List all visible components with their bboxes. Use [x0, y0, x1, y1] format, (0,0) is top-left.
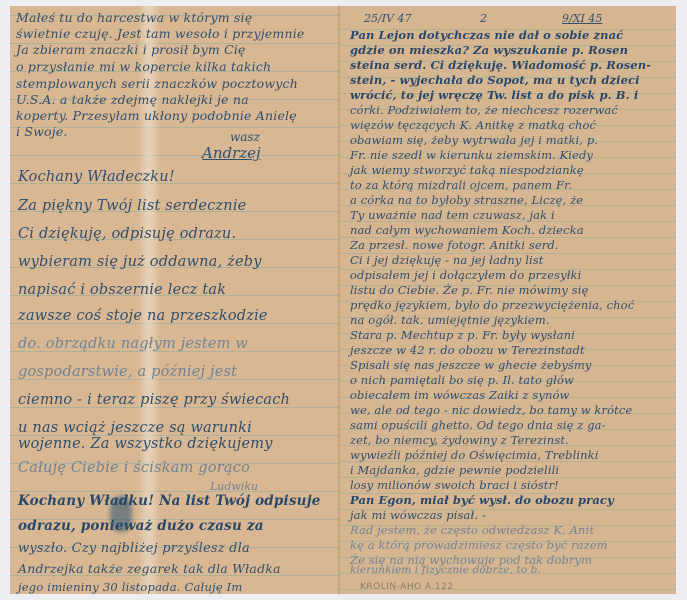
right-line-17: odpisałem jej i dołączyłem do przesyłki	[350, 268, 581, 282]
left-top-line-5: stemplowanych serii znaczków pocztowych	[16, 76, 298, 91]
left-main-line-2: Ci dziękuję, odpisuję odrazu.	[18, 226, 236, 242]
left-main-line-9: u nas wciąż jeszcze są warunki	[18, 420, 252, 436]
left-bottom-line-4: Andrzejka także zegarek tak dla Władka	[18, 561, 281, 576]
left-main-line-5: zawsze coś stoje na przeszkodzie	[18, 308, 268, 324]
left-bottom-line-5: jego imieniny 30 listopada. Całuję Im	[18, 580, 243, 594]
signature: Andrzej	[202, 144, 261, 162]
left-bottom-line-2: odrazu, ponieważ dużo czasu za	[18, 518, 264, 534]
left-top-line-2: świetnie czuję. Jest tam wesoło i przyje…	[16, 26, 305, 41]
right-line-24: o nich pamiętali bo się p. Il. tato głów	[350, 373, 574, 387]
right-line-23: Spisali się nas jeszcze w ghecie żebyśmy	[350, 358, 592, 372]
left-top-line-7: koperty. Przesyłam ukłony podobnie Aniel…	[16, 108, 297, 123]
left-main-line-7: gospodarstwie, a później jest	[18, 364, 237, 380]
right-line-26: we, ale od tego - nic dowiedz, bo tamy w…	[350, 403, 632, 417]
left-page: Małeś tu do harcestwa w którym się świet…	[10, 6, 340, 594]
right-line-25: obiecałem im wówczas Zaiki z synów	[350, 388, 569, 402]
inserted-word: Ludwiku	[210, 480, 258, 493]
page-number: 2	[480, 12, 487, 25]
right-line-3: steina serd. Ci dziękuję. Wiadomość p. R…	[350, 58, 651, 72]
right-line-5: wrócić, to jej wręczę Tw. list a do pisk…	[350, 88, 638, 102]
right-line-35: kę a którą prowadzimiesz często być raze…	[350, 538, 608, 552]
left-top-line-8: i Swoje.	[16, 124, 68, 139]
right-line-30: i Majdanka, gdzie pewnie podzielili	[350, 463, 559, 477]
left-main-line-6: do. obrządku nagłym jestem w	[18, 336, 248, 352]
left-top-line-1: Małeś tu do harcestwa w którym się	[16, 10, 252, 25]
letter-scan: Małeś tu do harcestwa w którym się świet…	[0, 0, 687, 600]
right-line-12: a córka na to byłoby straszne, Liczę, że	[350, 193, 583, 207]
right-line-2: gdzie on mieszka? Za wyszukanie p. Rosen	[350, 43, 628, 57]
header-date-right: 9/XI 45	[562, 12, 602, 25]
right-line-28: zet, bo niemcy, żydowiny z Terezinst.	[350, 433, 569, 447]
right-line-21: Stara p. Mechtup z p. Fr. były wysłani	[350, 328, 575, 342]
closing-word: wasz	[230, 130, 260, 144]
right-line-32: Pan Egon, miał być wysł. do obozu pracy	[350, 493, 614, 507]
right-line-20: na ogół. tak. umiejętnie językiem.	[350, 313, 550, 327]
right-line-19: prędko językiem, było do przezwyciężenia…	[350, 298, 634, 312]
salutation: Kochany Władeczku!	[18, 169, 175, 185]
right-line-4: stein, - wyjechała do Sopot, ma u tych d…	[350, 73, 640, 87]
right-line-7: więzów tęczących K. Anitkę z matką choć	[350, 118, 596, 132]
right-line-6: córki. Podziwiałem to, że niechcesz roze…	[350, 103, 618, 117]
left-bottom-line-1: Kochany Władku! Na list Twój odpisuje	[18, 493, 321, 509]
left-top-line-6: U.S.A. a także zdejmę naklejki je na	[16, 92, 249, 107]
left-top-line-3: Ja zbieram znaczki i prosił bym Cię	[16, 42, 246, 57]
right-line-16: Ci i jej dziękuję - na jej ładny list	[350, 253, 544, 267]
archive-reference: KROLIN-AHO A.122	[360, 582, 454, 592]
right-line-37: kierunkiem i fizycznie dobrze, to b.	[350, 564, 541, 576]
right-line-29: wywieźli później do Oświęcimia, Treblink…	[350, 448, 599, 462]
left-bottom-line-3: wyszło. Czy najbliżej przyślesz dla	[18, 541, 250, 556]
right-line-14: nad całym wychowaniem Koch. dziecka	[350, 223, 584, 237]
right-line-34: Rad jestem, że często odwiedzasz K. Anit	[350, 523, 594, 537]
header-date-left: 25/IV 47	[364, 12, 412, 25]
left-main-line-4: napisać i obszernie lecz tak	[18, 282, 226, 298]
right-line-27: sami opuścili ghetto. Od tego dnia się z…	[350, 418, 606, 432]
left-top-line-4: o przysłanie mi w kopercie kilka takich	[16, 59, 271, 74]
left-main-line-11: Całuję Ciebie i ściskam gorąco	[18, 460, 250, 476]
right-line-11: to za którą mizdrali ojcem, panem Fr.	[350, 178, 572, 192]
right-page: 25/IV 47 2 9/XI 45 Pan Lejon dotychczas …	[340, 6, 676, 594]
right-line-15: Za przesł. nowe fotogr. Anitki serd.	[350, 238, 559, 252]
right-line-13: Ty uważnie nad tem czuwasz, jak i	[350, 208, 555, 222]
left-main-line-3: wybieram się już oddawna, żeby	[18, 254, 262, 270]
right-line-22: jeszcze w 42 r. do obozu w Terezinstadt	[350, 343, 585, 357]
right-line-33: jak mi wówczas pisał. -	[350, 508, 486, 522]
right-line-8: obawiam się, żeby wytrwała jej i matki, …	[350, 133, 598, 147]
left-main-line-8: ciemno - i teraz piszę przy świecach	[18, 392, 290, 408]
left-main-line-10: wojenne. Za wszystko dziękujemy	[18, 436, 273, 452]
right-line-9: Fr. nie szedł w kierunku ziemskim. Kiedy	[350, 148, 593, 162]
right-line-10: jak wiemy stworzyć taką niespodziankę	[350, 163, 584, 177]
left-main-line-1: Za piękny Twój list serdecznie	[18, 198, 246, 214]
right-line-1: Pan Lejon dotychczas nie dał o sobie zna…	[350, 28, 623, 42]
right-line-18: listu do Ciebie. Że p. Fr. nie mówimy si…	[350, 283, 588, 297]
right-line-31: losy milionów swoich braci i sióstr!	[350, 478, 559, 492]
